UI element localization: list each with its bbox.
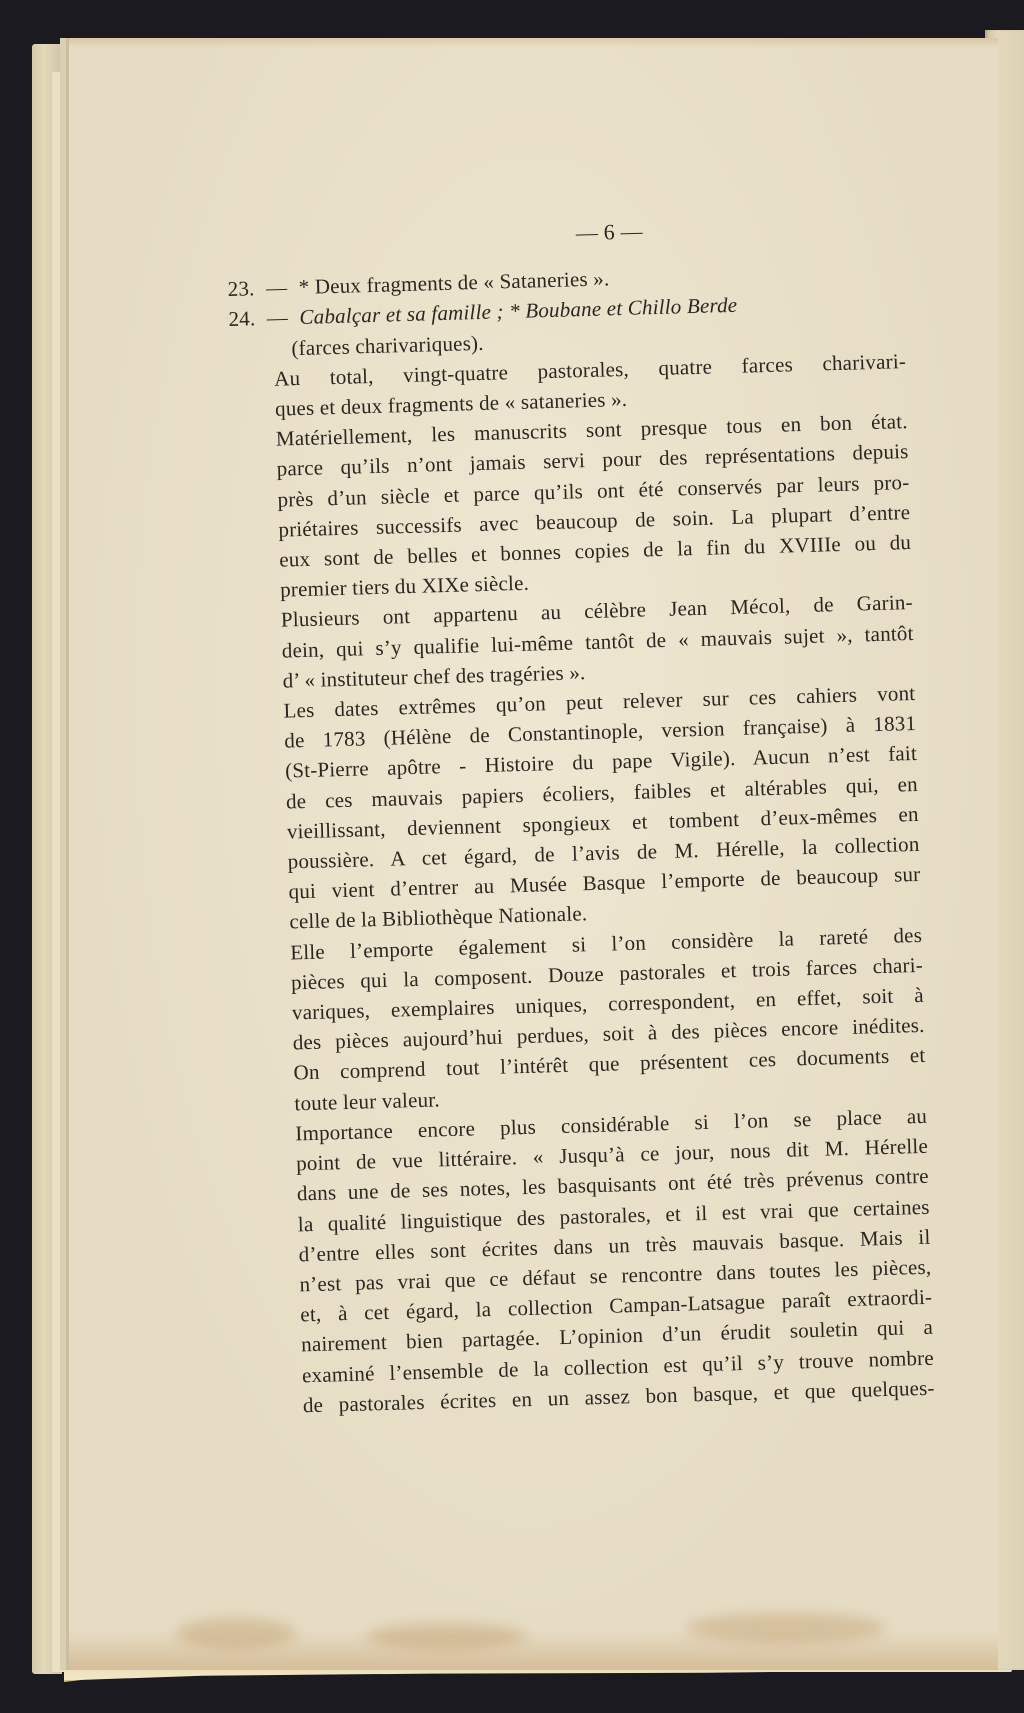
foxing-stain: [366, 1623, 526, 1649]
foxing-stain: [176, 1618, 296, 1648]
paragraph: Matériellement, les manuscrits sont pres…: [232, 406, 913, 606]
page-text: — 6 — 23. — * Deux fragments de « Satane…: [226, 209, 935, 1421]
item-number: 24.: [228, 304, 256, 335]
item-number: 23.: [227, 273, 255, 304]
paragraph: Les dates extrêmes qu’on peut relever su…: [239, 678, 921, 938]
item-dash: —: [267, 306, 289, 331]
paragraph: Importance encore plus considérable si l…: [251, 1101, 935, 1422]
foxing-stain: [686, 1613, 886, 1643]
paragraph: Elle l’emporte également si l’on considè…: [246, 920, 927, 1120]
item-dash: —: [266, 276, 288, 301]
